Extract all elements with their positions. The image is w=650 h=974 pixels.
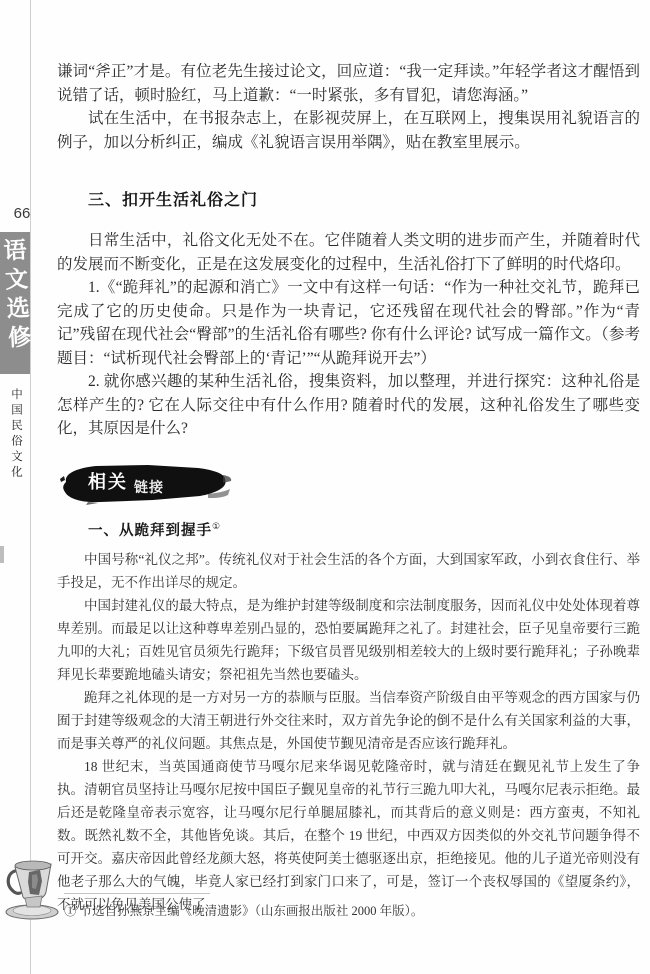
footnote-ref: ① [212,521,221,531]
series-band-title: 语文选修 [0,237,33,354]
section-three-block: 日常生活中，礼俗文化无处不在。它伴随着人类文明的进步而产生，并随着时代的发展而不… [57,229,640,441]
series-band: 语文选修 [0,232,30,374]
reading-heading-text: 一、从跪拜到握手 [88,523,212,539]
related-links-banner: 相关 链接 [58,461,234,505]
reading-paragraph: 中国封建礼仪的最大特点，是为维护封建等级制度和宗法制度服务，因而礼仪中处处体现着… [57,594,640,686]
reading-paragraph: 跪拜之礼体现的是一方对另一方的恭顺与臣服。当信奉资产阶级自由平等观念的西方国家与… [57,686,640,755]
banner-label-sub: 链接 [134,477,164,497]
banner-label-main: 相关 [88,468,128,494]
footnote-divider [64,893,210,894]
paragraph-continued: 谦词“斧正”才是。有位老先生接过论文，回应道：“我一定拜读。”年轻学者这才醒悟到… [57,60,640,107]
page-number: 66 [11,205,33,222]
section-heading: 三、扣开生活礼俗之门 [88,187,258,210]
vessel-icon [2,858,60,922]
reading-passage-block: 中国号称“礼仪之邦”。传统礼仪对于社会生活的各个方面，大到国家军政，小到衣食住行… [57,548,640,916]
section-paragraph: 日常生活中，礼俗文化无处不在。它伴随着人类文明的进步而产生，并随着时代的发展而不… [57,229,640,276]
reading-paragraph: 中国号称“礼仪之邦”。传统礼仪对于社会生活的各个方面，大到国家军政，小到衣食住行… [57,548,640,594]
paragraph-activity: 试在生活中，在书报杂志上，在影视荧屏上，在互联网上，搜集误用礼貌语言的例子，加以… [57,107,640,154]
subject-title: 中国民俗文化 [9,388,25,481]
reading-paragraph: 18 世纪末，当英国通商使节马嘎尔尼来华谒见乾隆帝时，就与清廷在觐见礼节上发生了… [57,755,640,916]
exercise-block: 谦词“斧正”才是。有位老先生接过论文，回应道：“我一定拜读。”年轻学者这才醒悟到… [57,60,640,154]
section-paragraph: 1.《“跪拜礼”的起源和消亡》一文中有这样一句话：“作为一种社交礼节，跪拜已完成… [57,276,640,370]
section-paragraph: 2. 就你感兴趣的某种生活礼俗，搜集资料，加以整理，并进行探究：这种礼俗是怎样产… [57,370,640,441]
vessel-photo [2,858,60,922]
footnote: ① 节选自孙燕京主编《晚清遗影》（山东画报出版社 2000 年版）。 [64,901,624,919]
reading-heading: 一、从跪拜到握手① [88,519,221,540]
textbook-page: 66 语文选修 中国民俗文化 谦词“斧正”才是。有位老先生接过论文，回应道：“我… [0,0,650,974]
margin-rule [30,0,31,974]
margin-artifact [0,546,4,563]
